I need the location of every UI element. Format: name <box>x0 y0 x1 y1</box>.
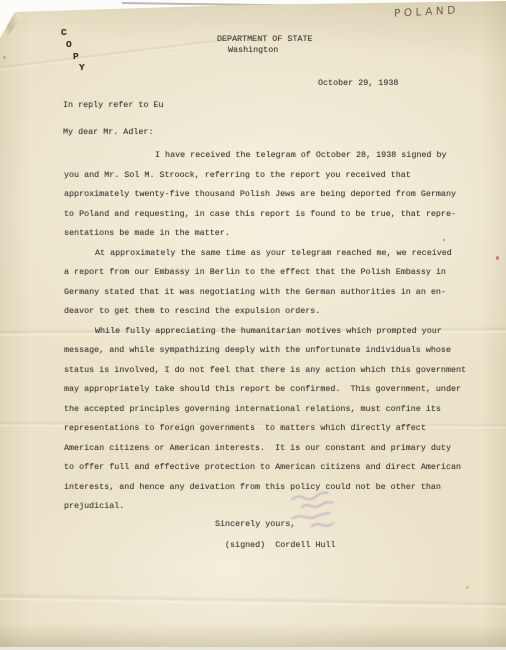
letterhead-department: DEPARTMENT OF STATE <box>217 34 313 44</box>
body-line: the accepted principles governing intern… <box>64 400 476 420</box>
paper-speck <box>466 586 469 589</box>
body-line: may appropriately take should this repor… <box>64 380 476 400</box>
handwritten-annotation-poland: POLAND <box>394 4 459 19</box>
body-line: a report from our Embassy in Berlin to t… <box>64 263 476 283</box>
letter-date: October 29, 1938 <box>318 78 398 88</box>
letterhead-city: Washington <box>228 45 278 55</box>
body-line: Germany stated that it was negotiating w… <box>64 283 476 303</box>
body-line: you and Mr. Sol M. Stroock, referring to… <box>64 166 476 186</box>
body-line: prejudicial. <box>64 497 476 517</box>
body-line: deavor to get them to rescind the expuls… <box>64 302 476 322</box>
body-line: representations to foreign governments t… <box>64 419 476 439</box>
copy-stamp-letter: P <box>73 51 79 62</box>
body-line: At approximately the same time as your t… <box>64 244 476 264</box>
salutation: My dear Mr. Adler: <box>63 127 153 137</box>
body-line: to Poland and requesting, in case this r… <box>64 205 476 225</box>
signature-line: (signed) Cordell Hull <box>225 540 336 550</box>
paper-crease <box>0 593 506 609</box>
body-line: interests, and hence any deivation from … <box>64 478 476 498</box>
body-line: approximately twenty-five thousand Polis… <box>64 185 476 205</box>
scanned-letter: POLAND COPY DEPARTMENT OF STATE Washingt… <box>0 0 506 650</box>
paper-crease <box>0 37 233 72</box>
copy-stamp-letter: Y <box>79 62 85 73</box>
body-line: I have received the telegram of October … <box>64 146 476 166</box>
letter-paper: POLAND COPY DEPARTMENT OF STATE Washingt… <box>0 0 506 647</box>
body-line: message, and while sympathizing deeply w… <box>64 341 476 361</box>
body-lines: I have received the telegram of October … <box>64 146 476 517</box>
reference-line: In reply refer to Eu <box>63 100 164 110</box>
body-line: status is involved, I do not feel that t… <box>64 361 476 381</box>
body-line: sentations be made in the matter. <box>64 224 476 244</box>
body-line: While fully appreciating the humanitaria… <box>64 322 476 342</box>
paper-speck <box>3 56 6 59</box>
paper-speck <box>443 239 445 241</box>
closing-sincerely: Sincerely yours, <box>215 519 295 529</box>
copy-stamp: COPY <box>61 27 95 79</box>
copy-stamp-letter: C <box>61 27 67 38</box>
ink-stamp <box>285 486 354 539</box>
body-line: to offer full and effective protection t… <box>64 458 476 478</box>
paper-speck <box>496 256 499 260</box>
copy-stamp-letter: O <box>66 39 72 50</box>
body-line: American citizens or American interests.… <box>64 439 476 459</box>
folded-corner <box>0 10 22 42</box>
